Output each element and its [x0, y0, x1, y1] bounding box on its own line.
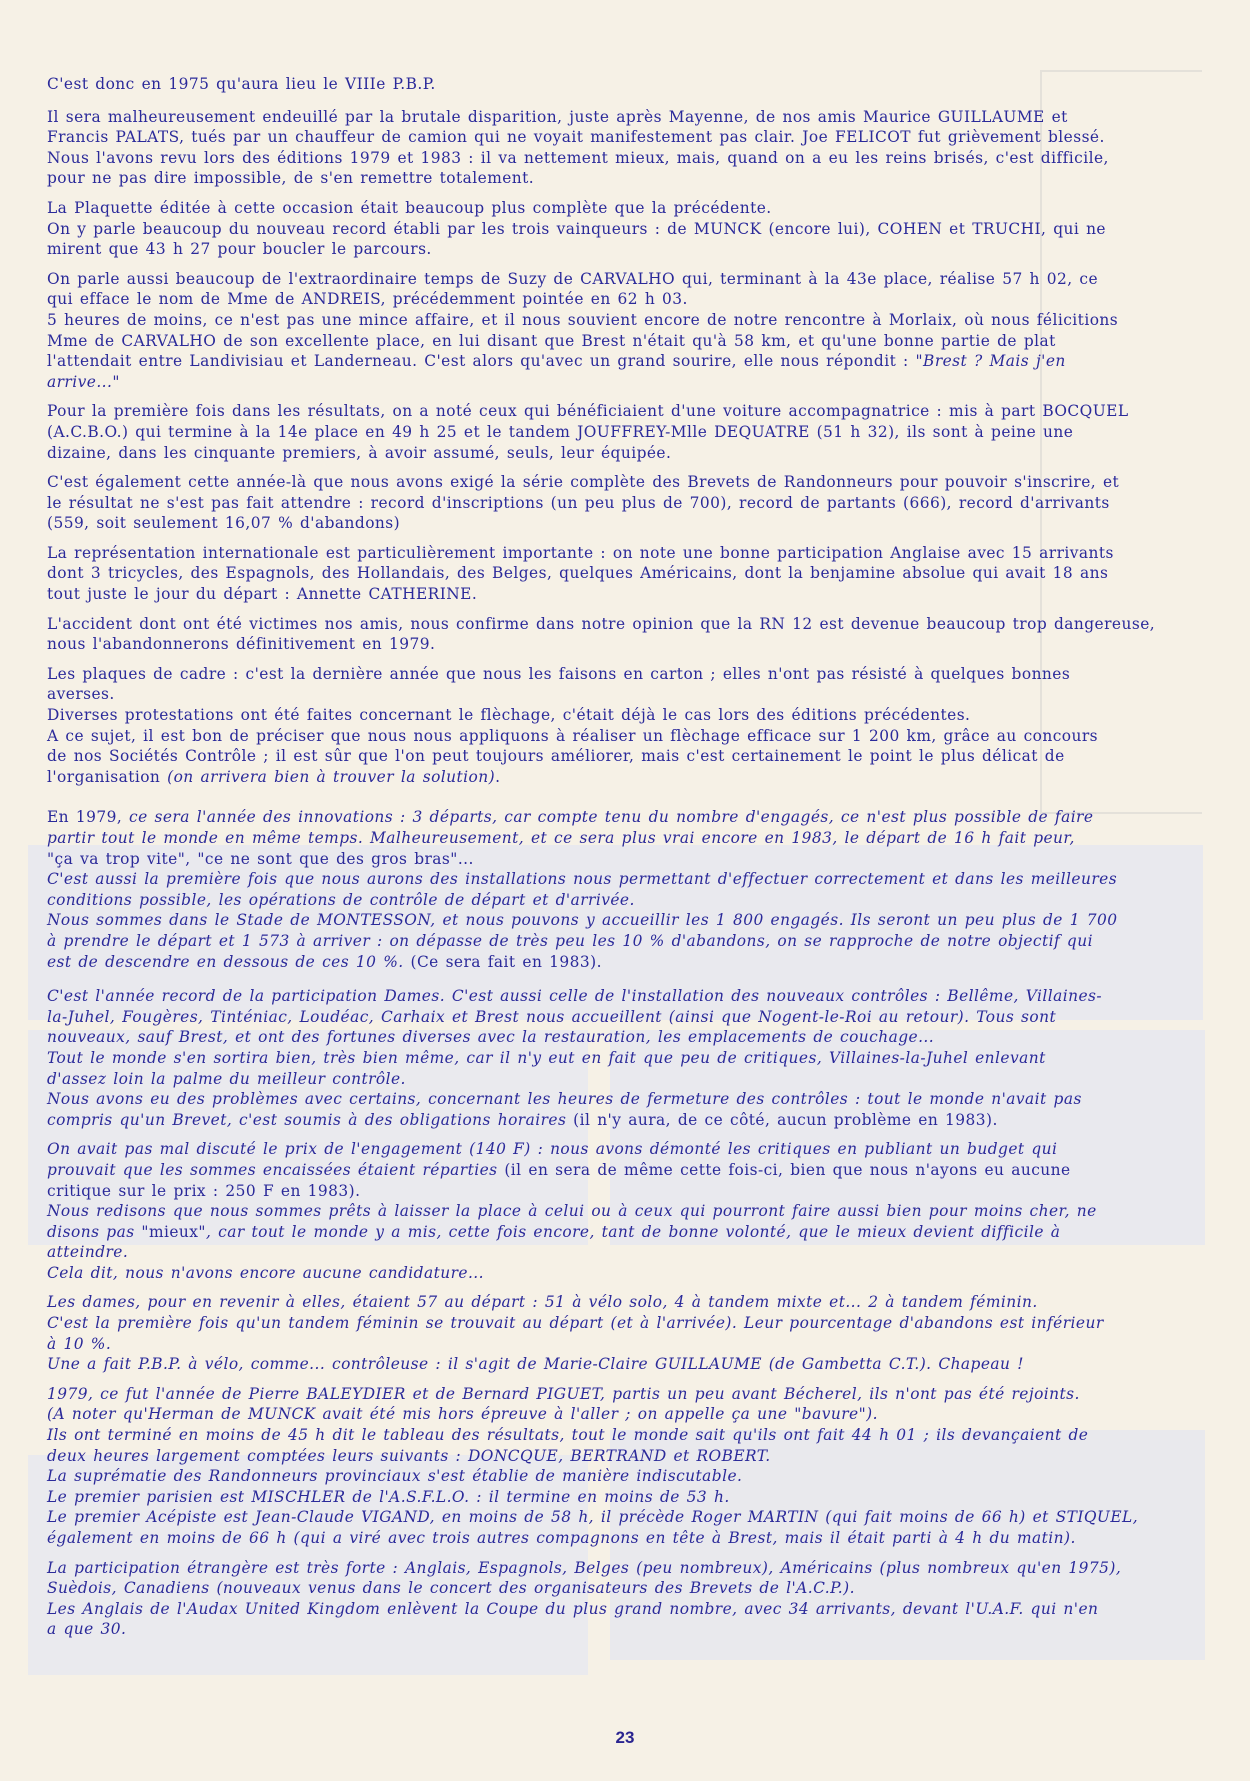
paragraph: Les dames, pour en revenir à elles, étai…: [47, 1292, 1187, 1374]
text-line: prouvait que les sommes encaissées étaie…: [47, 1160, 1187, 1181]
text-line: nous l'abandonnerons définitivement en 1…: [47, 634, 1187, 655]
text-line: la-Juhel, Fougères, Tinténiac, Loudéac, …: [47, 1007, 1187, 1028]
text-run: prouvait que les sommes encaissées étaie…: [47, 1161, 504, 1179]
text-line: 5 heures de moins, ce n'est pas une minc…: [47, 310, 1187, 331]
paragraph: En 1979, ce sera l'année des innovations…: [47, 807, 1187, 972]
paragraph: On parle aussi beaucoup de l'extraordina…: [47, 269, 1187, 393]
text-line: Nous l'avons revu lors des éditions 1979…: [47, 148, 1187, 169]
text-line: nouveaux, sauf Brest, et ont des fortune…: [47, 1027, 1187, 1048]
text-line: (A.C.B.O.) qui termine à la 14e place en…: [47, 422, 1187, 443]
text-line: Il sera malheureusement endeuillé par la…: [47, 107, 1187, 128]
paragraph: La Plaquette éditée à cette occasion éta…: [47, 198, 1187, 260]
text-line: partir tout le monde en même temps. Malh…: [47, 828, 1187, 849]
paragraph: Les plaques de cadre : c'est la dernière…: [47, 664, 1187, 788]
text-line: Les Anglais de l'Audax United Kingdom en…: [47, 1599, 1187, 1620]
text-line: Cela dit, nous n'avons encore aucune can…: [47, 1263, 1187, 1284]
paragraph: C'est également cette année-là que nous …: [47, 472, 1187, 534]
text-run: (il n'y aura, de ce côté, aucun problème…: [573, 1111, 998, 1129]
text-run: est de descendre en dessous de ces 10 %.: [47, 953, 411, 971]
text-line: 1979, ce fut l'année de Pierre BALEYDIER…: [47, 1384, 1187, 1405]
text-line: tout juste le jour du départ : Annette C…: [47, 584, 1187, 605]
text-line: "ça va trop vite", "ce ne sont que des g…: [47, 849, 1187, 870]
text-line: Ils ont terminé en moins de 45 h dit le …: [47, 1425, 1187, 1446]
text-run: .: [495, 768, 500, 786]
text-run: l'organisation: [47, 768, 167, 786]
text-line: Le premier Acépiste est Jean-Claude VIGA…: [47, 1507, 1187, 1528]
text-line: La Plaquette éditée à cette occasion éta…: [47, 198, 1187, 219]
text-line: Nous avons eu des problèmes avec certain…: [47, 1089, 1187, 1110]
text-line: On parle aussi beaucoup de l'extraordina…: [47, 269, 1187, 290]
text-run: l'attendait entre Landivisiau et Landern…: [47, 352, 916, 370]
text-line: La représentation internationale est par…: [47, 543, 1187, 564]
text-line: (A noter qu'Herman de MUNCK avait été mi…: [47, 1404, 1187, 1425]
paragraph: 1979, ce fut l'année de Pierre BALEYDIER…: [47, 1384, 1187, 1549]
text-line: dizaine, dans les cinquante premiers, à …: [47, 443, 1187, 464]
text-line: C'est aussi la première fois que nous au…: [47, 869, 1187, 890]
paragraph: La représentation internationale est par…: [47, 543, 1187, 605]
text-line: qui efface le nom de Mme de ANDREIS, pré…: [47, 289, 1187, 310]
text-line: Suèdois, Canadiens (nouveaux venus dans …: [47, 1578, 1187, 1599]
text-line: (559, soit seulement 16,07 % d'abandons): [47, 513, 1187, 534]
text-line: A ce sujet, il est bon de préciser que n…: [47, 726, 1187, 747]
quote-text: "Brest ? Mais j'en: [916, 352, 1066, 370]
text-line: Les plaques de cadre : c'est la dernière…: [47, 664, 1187, 685]
text-line: est de descendre en dessous de ces 10 %.…: [47, 952, 1187, 973]
text-line: C'est également cette année-là que nous …: [47, 472, 1187, 493]
aside-text: (on arrivera bien à trouver la solution): [167, 768, 495, 786]
article-body: C'est donc en 1975 qu'aura lieu le VIIIe…: [47, 74, 1187, 1649]
text-line: La participation étrangère est très fort…: [47, 1558, 1187, 1579]
text-line: conditions possible, les opérations de c…: [47, 890, 1187, 911]
text-line: de nos Sociétés Contrôle ; il est sûr qu…: [47, 746, 1187, 767]
text-line: En 1979, ce sera l'année des innovations…: [47, 807, 1187, 828]
paragraph: Il sera malheureusement endeuillé par la…: [47, 107, 1187, 189]
text-line: C'est l'année record de la participation…: [47, 986, 1187, 1007]
text-line: l'attendait entre Landivisiau et Landern…: [47, 351, 1187, 372]
text-line: deux heures largement comptées leurs sui…: [47, 1446, 1187, 1467]
text-line: La suprématie des Randonneurs provinciau…: [47, 1466, 1187, 1487]
text-run: "mieux": [141, 1223, 206, 1241]
paragraph: C'est l'année record de la participation…: [47, 986, 1187, 1130]
text-line: Nous sommes dans le Stade de MONTESSON, …: [47, 910, 1187, 931]
text-line: atteindre.: [47, 1242, 1187, 1263]
text-line: Nous redisons que nous sommes prêts à la…: [47, 1201, 1187, 1222]
text-line: dont 3 tricycles, des Espagnols, des Hol…: [47, 563, 1187, 584]
text-line: averses.: [47, 684, 1187, 705]
text-line: à prendre le départ et 1 573 à arriver :…: [47, 931, 1187, 952]
text-line: pour ne pas dire impossible, de s'en rem…: [47, 168, 1187, 189]
text-line: l'organisation (on arrivera bien à trouv…: [47, 767, 1187, 788]
text-line: à 10 %.: [47, 1334, 1187, 1355]
text-run: , car tout le monde y a mis, cette fois …: [206, 1223, 1060, 1241]
text-line: mirent que 43 h 27 pour boucler le parco…: [47, 239, 1187, 260]
text-line: On avait pas mal discuté le prix de l'en…: [47, 1139, 1187, 1160]
paragraph: La participation étrangère est très fort…: [47, 1558, 1187, 1640]
section-heading-1975: C'est donc en 1975 qu'aura lieu le VIIIe…: [47, 74, 1187, 95]
text-line: critique sur le prix : 250 F en 1983).: [47, 1181, 1187, 1202]
text-line: compris qu'un Brevet, c'est soumis à des…: [47, 1110, 1187, 1131]
text-line: disons pas "mieux", car tout le monde y …: [47, 1222, 1187, 1243]
year-lead: En 1979,: [47, 808, 129, 826]
text-line: Une a fait P.B.P. à vélo, comme... contr…: [47, 1354, 1187, 1375]
text-line: Les dames, pour en revenir à elles, étai…: [47, 1292, 1187, 1313]
text-run: disons pas: [47, 1223, 141, 1241]
text-line: d'assez loin la palme du meilleur contrô…: [47, 1069, 1187, 1090]
text-line: L'accident dont ont été victimes nos ami…: [47, 614, 1187, 635]
text-line: C'est la première fois qu'un tandem fémi…: [47, 1313, 1187, 1334]
text-run: (Ce sera fait en 1983).: [411, 953, 602, 971]
page-number: 23: [0, 1728, 1250, 1748]
text-line: a que 30.: [47, 1619, 1187, 1640]
text-line: Mme de CARVALHO de son excellente place,…: [47, 331, 1187, 352]
text-line: Tout le monde s'en sortira bien, très bi…: [47, 1048, 1187, 1069]
text-line: Diverses protestations ont été faites co…: [47, 705, 1187, 726]
text-line: Francis PALATS, tués par un chauffeur de…: [47, 127, 1187, 148]
text-line: le résultat ne s'est pas fait attendre :…: [47, 493, 1187, 514]
paragraph: L'accident dont ont été victimes nos ami…: [47, 614, 1187, 655]
text-run: (il en sera de même cette fois-ci, bien …: [504, 1161, 1070, 1179]
heading-text: C'est donc en 1975 qu'aura lieu le VIIIe…: [47, 74, 1187, 95]
paragraph: Pour la première fois dans les résultats…: [47, 401, 1187, 463]
paragraph: On avait pas mal discuté le prix de l'en…: [47, 1139, 1187, 1283]
text-line: On y parle beaucoup du nouveau record ét…: [47, 219, 1187, 240]
quote-text: arrive...": [47, 372, 1187, 393]
text-line: Le premier parisien est MISCHLER de l'A.…: [47, 1487, 1187, 1508]
text-run: ce sera l'année des innovations : 3 dépa…: [129, 808, 1093, 826]
text-line: également en moins de 66 h (qui a viré a…: [47, 1528, 1187, 1549]
text-line: Pour la première fois dans les résultats…: [47, 401, 1187, 422]
text-run: compris qu'un Brevet, c'est soumis à des…: [47, 1111, 573, 1129]
